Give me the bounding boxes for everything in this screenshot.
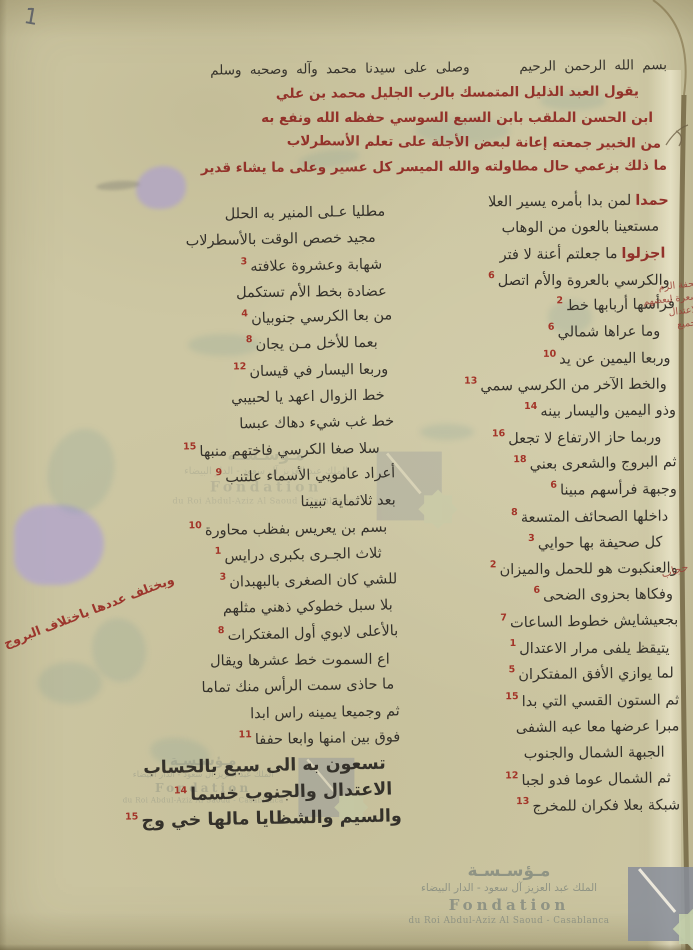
red-verse-number: 12 [505, 763, 519, 789]
verse-text: تسعون به الى سبع بالحساب [143, 754, 386, 779]
verse-text: ثم الشمال عوما فدو لجبا [521, 770, 671, 789]
verse-text: الجبهة الشمال والجنوب [524, 745, 665, 762]
verse-text: الاعتدال والجنوب خسما [190, 779, 393, 805]
poem-right-column: حمدالمن بدا بأمره يسير العلا مستعينا بال… [374, 187, 681, 821]
red-verse-number: 1 [510, 631, 517, 657]
verse-text: اع السموت خط عشرها ويقال [210, 652, 390, 670]
verse-text: شبكة بعلا فكران للمخرج [532, 797, 680, 815]
header-block: بسم الله الرحمن الرحيم وصلى على سيدنا مح… [182, 56, 667, 179]
poem-line: وربعا اليمين عن يد10 [375, 345, 675, 374]
verse-text: سلا صغا الكرسي فاختهم منبها [199, 440, 380, 459]
red-verse-number: 14 [524, 394, 538, 420]
poem-line: والسيم والشظايا مالها خي وج15 [130, 803, 402, 835]
red-verse-number: 6 [533, 578, 540, 604]
verse-text: وفكاها بحزوى الضحى [543, 587, 673, 604]
verse-text: وربعا اليمين عن يد [559, 350, 670, 367]
red-verse-number: 10 [188, 513, 202, 539]
verse-text: وربعا اليسار في قيسان [249, 361, 388, 380]
poem-line: شهابة وعشروة علافته3 [119, 251, 391, 283]
verse-text: مطليا عـلى المنير به الحلل [225, 204, 386, 223]
poem-line: مبرا عرضها معا عبه الشفى [379, 713, 679, 742]
poem-line: والكرسي بالعروة والأم اتصل6 [375, 268, 675, 295]
poem-line: شبكة بعلا فكران للمخرج13 [380, 792, 680, 821]
verse-text: يتيقظ يلفى مرار الاعتدال [519, 641, 669, 657]
verse-text: بعد ثلاثماية تبيينا [300, 493, 395, 511]
poem-line: اع السموت خط عشرها ويقال [127, 647, 399, 676]
red-verse-number: 3 [528, 526, 535, 552]
verse-text: ما جعلتم أعنة لا فتر [500, 246, 618, 263]
red-verse-number: 18 [513, 447, 527, 473]
poem-line: وذو اليمين واليسار بينه14 [376, 398, 676, 427]
verse-text: للشي كان الصغرى بالبهبدان [229, 572, 397, 591]
verse-text: شهابة وعشروة علافته [250, 256, 382, 275]
red-verse-number: 8 [246, 328, 253, 354]
poem-line: حمدالمن بدا بأمره يسير العلا [374, 187, 674, 216]
red-verse-number: 15 [125, 804, 139, 830]
verse-text: ثلاث الجـرى بكبرى درايس [224, 546, 382, 565]
verse-text: وربما حاز الارتفاع لا تجعل [508, 429, 661, 447]
verse-text: عضادة بخط الأم تستكمل [236, 284, 387, 302]
red-verse-number: 1 [214, 539, 221, 565]
verse-text: بالأعلى لابوي أول المغتكرات [227, 623, 398, 644]
verse-text: مستعينا بالعون من الوهاب [501, 219, 659, 237]
verse-text: والخط الآخر من الكرسي سمي [480, 377, 667, 395]
red-verse-number: 11 [238, 722, 252, 748]
red-verse-number: 5 [508, 657, 515, 683]
verse-text: خط غب شيء دهاك عبسا [239, 414, 394, 433]
red-verse-number: 15 [183, 434, 197, 460]
verse-text: داخلها الصحائف المتسعة [521, 508, 668, 526]
red-verse-number: 8 [217, 618, 224, 644]
header-red-line: ابن الحسن الملقب بابن السبع السوسي حفظه … [182, 106, 653, 131]
red-verse-number: 9 [215, 460, 222, 486]
verse-text: لما يوازي الأفق المفتكران [518, 666, 674, 684]
verse-text: بلا سبل خطوكي ذهني مثلهم [223, 598, 393, 617]
verse-text: فوق بين امنها وابعا حففا [255, 729, 401, 748]
red-verse-number: 12 [233, 354, 247, 380]
red-lead-word: حمدا [635, 192, 669, 208]
poem-line: والعنكبوت هو للحمل والميزان2 [378, 556, 678, 585]
poem-line: مستعينا بالعون من الوهاب [374, 214, 674, 243]
red-verse-number: 13 [464, 369, 478, 395]
manuscript-page: مـؤسـسـة الملك عبد العزيز آل سعود - الدا… [0, 0, 693, 950]
red-verse-number: 7 [500, 605, 507, 631]
verse-text: بعما للأخل مـن يجان [255, 335, 377, 353]
poem-line: ثم الستون القسي التي بدا15 [379, 687, 679, 716]
red-lead-word: اجزلوا [621, 245, 665, 261]
verse-text: بسم بن يعريس بفظب محاورة [205, 519, 388, 538]
red-verse-number: 6 [548, 315, 555, 341]
verse-text: مبرا عرضها معا عبه الشفى [516, 718, 680, 736]
verse-text: أعراد عامويي الأسماء علتنب [225, 465, 395, 486]
header-red-line: يقول العبد الذليل المتمسك بالرب الجليل م… [182, 79, 639, 107]
red-verse-number: 15 [505, 684, 519, 710]
verse-text: والسيم والشظايا مالها خي وج [141, 806, 402, 831]
red-verse-number: 6 [488, 263, 495, 289]
red-verse-number: 4 [241, 301, 248, 327]
ink-bleed-mark [38, 662, 102, 704]
red-verse-number: 3 [219, 565, 226, 591]
red-verse-number: 3 [240, 249, 247, 275]
verse-text: بجعيشايش خطوط الساعات [510, 612, 678, 631]
verse-text: من بعا الكرسي جنوبيان [251, 307, 392, 327]
verse-text: ثم وجميعا يمينه راس ابدا [250, 703, 400, 722]
poem-line: وجبهة فرأسهم مبينا6 [377, 477, 677, 506]
poem-line: يتيقظ يلفى مرار الاعتدال1 [378, 636, 678, 663]
red-verse-number: 10 [543, 341, 557, 367]
red-verse-number: 13 [516, 789, 530, 815]
verse-text: ثم الستون القسي التي بدا [522, 692, 680, 710]
verse-text: وذو اليمين واليسار بينه [540, 403, 676, 420]
right-margin-note: نحفة الزم سعرة لبعضهم الاعتدال وجميع [638, 277, 693, 335]
red-verse-number: 2 [556, 288, 563, 314]
poem-left-column: مطليا عـلى المنير به الحلل مجيد خصص الوق… [118, 198, 402, 834]
red-verse-number: 2 [490, 552, 497, 578]
verse-text: مجيد خصص الوقت بالأسطرلاب [186, 230, 376, 250]
red-verse-number: 8 [511, 500, 518, 526]
poem-line: وما عراها شمالي6 [375, 319, 675, 348]
poem-line: لما يوازي الأفق المفتكران5 [379, 661, 679, 690]
header-red-line: من الخبير جمعته إعانة لبعض الأجلة على تع… [182, 128, 661, 156]
verse-text: ما حاذى سمت الرأس منك تماما [201, 677, 394, 697]
red-verse-number: 6 [550, 473, 557, 499]
poem-line: وفكاها بحزوى الضحى6 [378, 582, 678, 611]
verse-text: لمن بدا بأمره يسير العلا [488, 193, 631, 210]
header-red-line: ما ذلك بزعمي حال مطاولته والله الميسر كل… [182, 153, 667, 180]
verse-text: وجبهة فرأسهم مبينا [560, 482, 677, 499]
verse-text: ثم البروج والشعرى بعني [530, 454, 677, 473]
verse-text: خط الزوال اعهد يا لحبيبي [231, 388, 385, 407]
red-verse-number: 14 [174, 778, 188, 804]
verse-text: كل صحيفة بها حوايي [538, 534, 663, 551]
red-verse-number: 16 [492, 421, 506, 447]
poem-line: الجبهة الشمال والجنوب [379, 740, 679, 769]
verse-text: والعنكبوت هو للحمل والميزان [499, 561, 677, 579]
poem-line: اجزلواما جعلتم أعنة لا فتر [374, 240, 674, 269]
poem-line: بجعيشايش خطوط الساعات7 [378, 607, 678, 639]
poem-line: كل صحيفة بها حوايي3 [377, 529, 677, 558]
